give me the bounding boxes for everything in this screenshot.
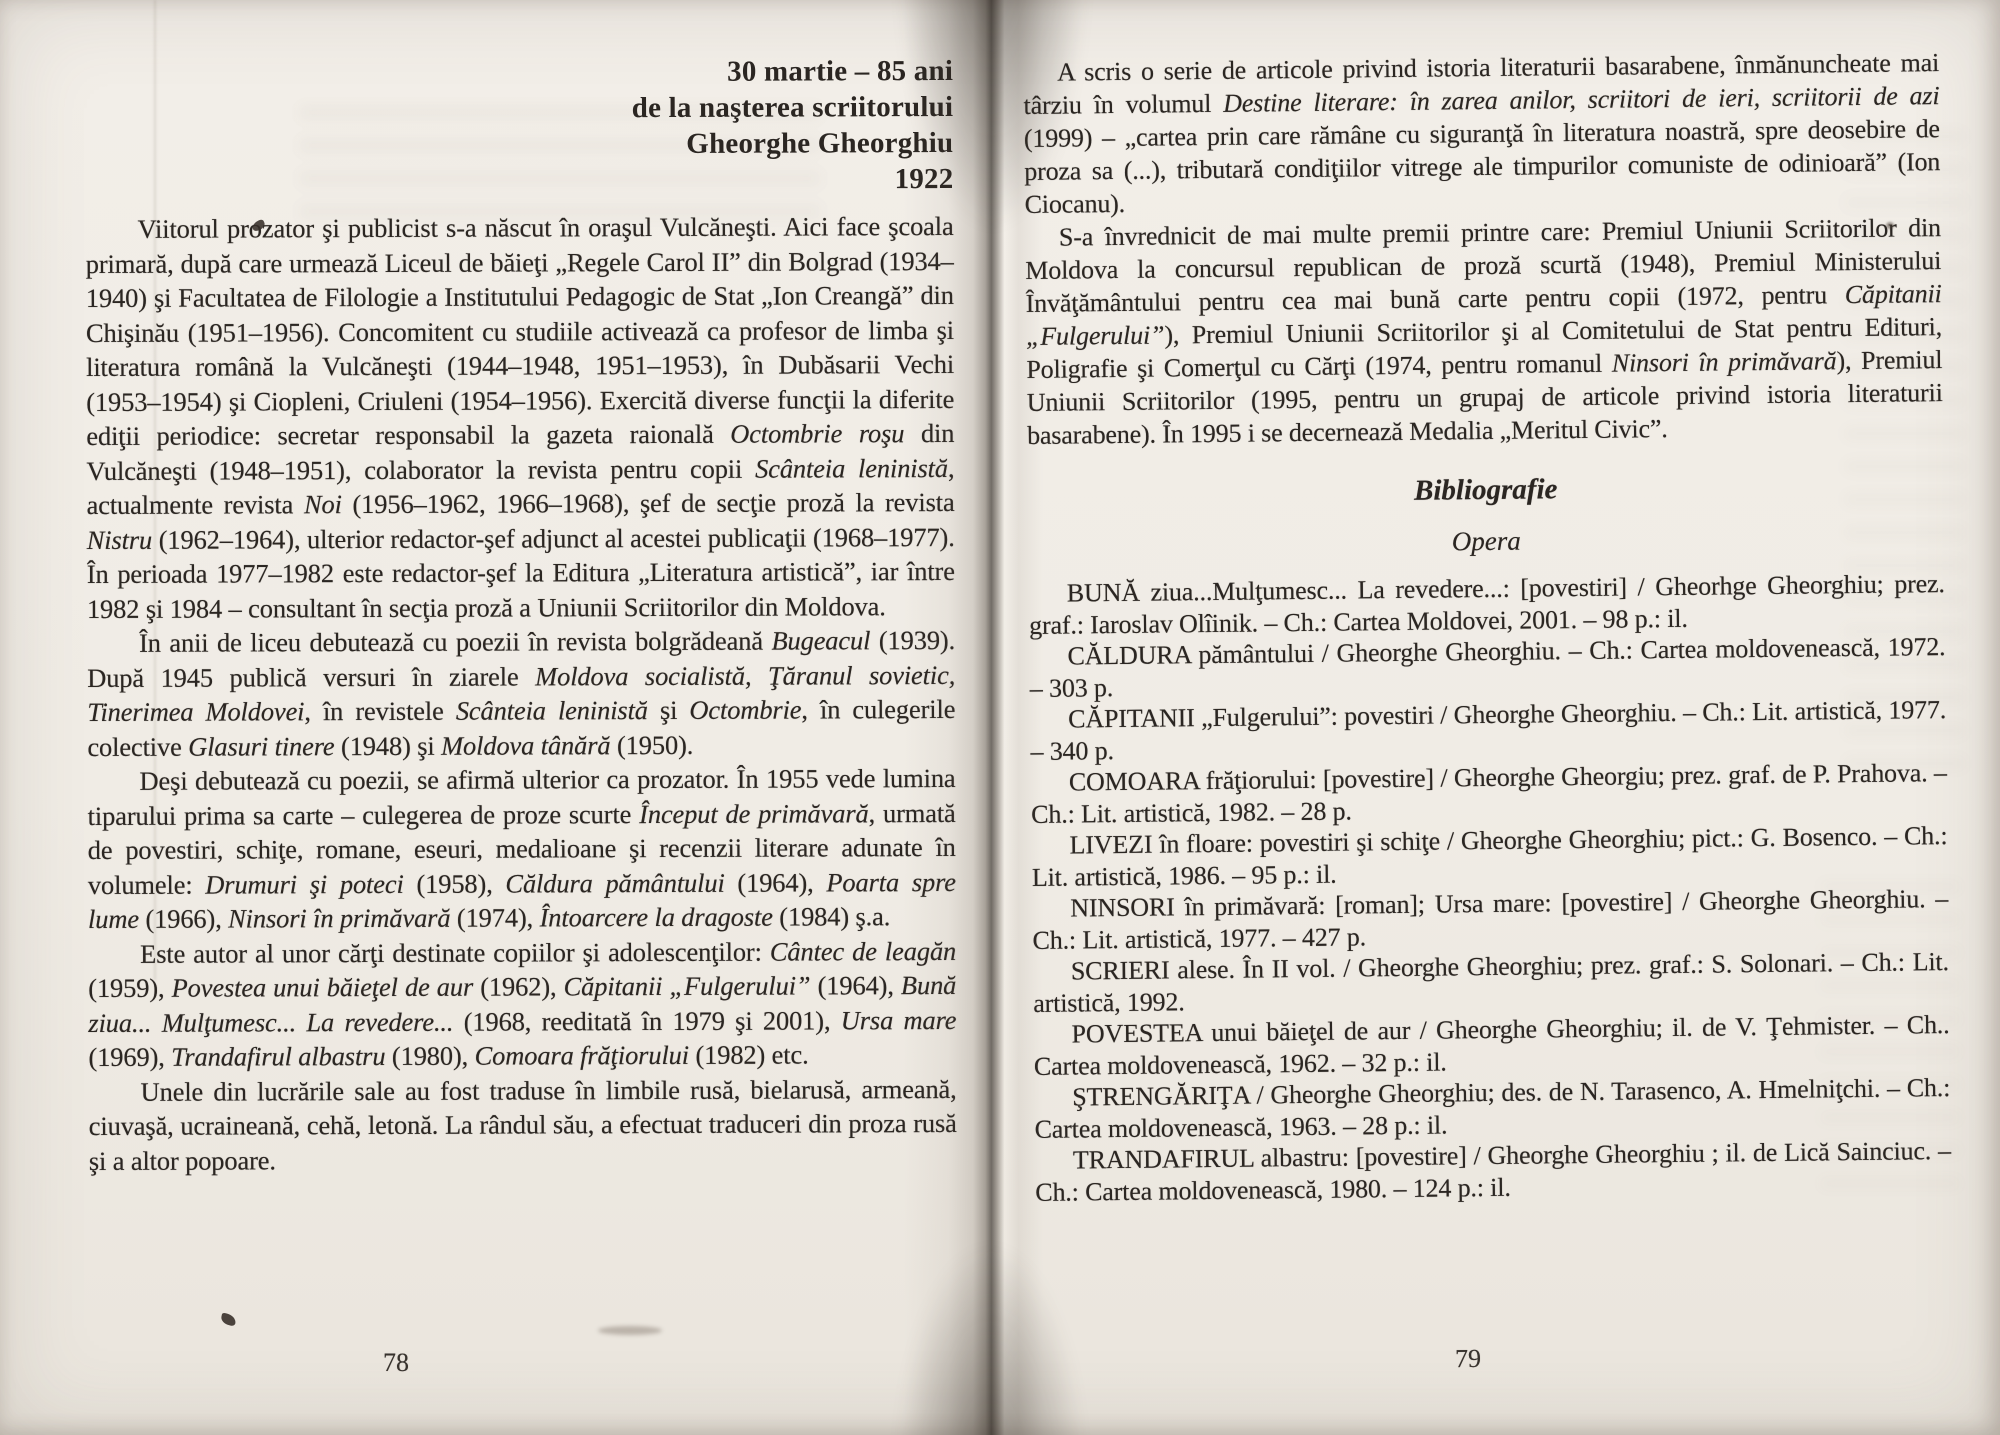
article-body-right: A scris o serie de articole privind isto… (1023, 46, 1943, 452)
text-run: , în revistele (304, 696, 456, 727)
paragraph: Este autor al unor cărţi destinate copii… (88, 933, 956, 1074)
text-run: (1956–1962, 1966–1968), şef de secţie pr… (342, 487, 955, 519)
text-run: COMOARA frăţiorului: [povestire] / Gheor… (1031, 758, 1947, 828)
text-run: (1958), (404, 868, 506, 898)
italic-run: Cântec de leagăn (770, 935, 956, 966)
bibliography-entry: CĂPITANII „Fulgerului”: povestiri / Gheo… (1030, 694, 1947, 767)
text-run: POVESTEA unui băieţel de aur / Gheorghe … (1034, 1010, 1950, 1080)
text-run: CĂLDURA pământului / Gheorghe Gheorghiu.… (1030, 632, 1946, 702)
text-run: (1984) ş.a. (773, 901, 891, 931)
italic-run: Noi (304, 489, 342, 519)
italic-run: Ursa mare (841, 1004, 957, 1034)
paragraph: Deşi debutează cu poezii, se afirmă ulte… (87, 761, 956, 937)
italic-run: Întoarcere la dragoste (540, 902, 773, 933)
bibliography-entry: SCRIERI alese. În II vol. / Gheorghe Ghe… (1033, 946, 1950, 1019)
paragraph: În anii de liceu debutează cu poezii în … (87, 623, 955, 764)
italic-run: Ninsori în primăvară (1612, 346, 1837, 377)
text-run: (1964), (810, 970, 901, 1000)
italic-run: Moldova tânără (441, 730, 611, 761)
text-run: (1968, reeditată în 1979 şi 2001), (453, 1005, 840, 1036)
bibliography-entry: COMOARA frăţiorului: [povestire] / Gheor… (1031, 757, 1948, 830)
italic-run: Povestea unui băieţel de aur (172, 972, 474, 1003)
text-run: Viitorul prozator şi publicist s-a născu… (86, 211, 955, 451)
text-run: SCRIERI alese. În II vol. / Gheorghe Ghe… (1033, 947, 1949, 1017)
page-number-right: 79 (1455, 1344, 1481, 1374)
paragraph: Unele din lucrările sale au fost traduse… (89, 1071, 957, 1178)
article-heading: 30 martie – 85 ani de la naşterea scriit… (85, 53, 953, 200)
italic-run: Drumuri şi poteci (205, 868, 404, 899)
text-run: (1980), (385, 1041, 474, 1071)
text-run: (1959), (88, 973, 171, 1003)
italic-run: Nistru (87, 524, 152, 554)
italic-run: Destine literare: în zarea anilor, scrii… (1223, 81, 1940, 118)
text-run: Unele din lucrările sale au fost traduse… (89, 1073, 957, 1175)
text-run: Este autor al unor cărţi destinate copii… (140, 936, 770, 968)
text-run: S-a învrednicit de mai multe premii prin… (1025, 213, 1941, 318)
italic-run: Trandafirul albastru (171, 1041, 385, 1072)
text-run: (1974), (450, 902, 539, 932)
heading-line: 30 martie – 85 ani (85, 53, 953, 92)
heading-line: 1922 (85, 161, 953, 200)
text-run: (1999) – „cartea prin care rămâne cu sig… (1024, 114, 1941, 219)
italic-run: Glasuri tinere (188, 731, 334, 762)
text-run: CĂPITANII „Fulgerului”: povestiri / Gheo… (1030, 695, 1946, 765)
text-run: (1964), (725, 867, 827, 897)
text-run: (1966), (139, 904, 228, 934)
page-number-left: 78 (383, 1348, 409, 1378)
paragraph: A scris o serie de articole privind isto… (1023, 46, 1941, 221)
italic-run: Început de primăvară (639, 798, 869, 829)
paper-speck (220, 1313, 237, 1327)
text-run: ŞTRENGĂRIŢA / Gheorghe Gheorghiu; des. d… (1034, 1073, 1950, 1143)
page-right: A scris o serie de articole privind isto… (1023, 46, 1951, 1208)
bibliography-entry: LIVEZI în floare: povestiri şi schiţe / … (1031, 820, 1948, 893)
bibliography-title: Bibliografie (1028, 468, 1944, 512)
text-run: LIVEZI în floare: povestiri şi schiţe / … (1032, 821, 1948, 891)
text-run: În anii de liceu debutează cu poezii în … (139, 626, 771, 658)
text-run: (1982) etc. (689, 1039, 809, 1069)
bibliography-entry: ŞTRENGĂRIŢA / Gheorghe Gheorghiu; des. d… (1034, 1072, 1951, 1145)
bibliography-entry: POVESTEA unui băieţel de aur / Gheorghe … (1033, 1009, 1950, 1082)
bibliography-entry: CĂLDURA pământului / Gheorghe Gheorghiu.… (1029, 631, 1946, 704)
text-run: (1962), (473, 971, 564, 1001)
text-run: NINSORI în primăvară: [roman]; Ursa mare… (1032, 884, 1948, 954)
article-body-left: Viitorul prozator şi publicist s-a născu… (86, 209, 957, 1178)
italic-run: Octombrie roşu (730, 418, 904, 449)
bibliography-entry: BUNĂ ziua...Mulţumesc... La revedere...:… (1029, 568, 1946, 641)
text-run: (1969), (88, 1042, 171, 1072)
heading-line: Gheorghe Gheorghiu (85, 125, 953, 164)
bibliography-subtitle: Opera (1028, 520, 1944, 562)
italic-run: Octombrie (689, 695, 801, 725)
bibliography-list: BUNĂ ziua...Mulţumesc... La revedere...:… (1029, 568, 1952, 1208)
italic-run: Ninsori în primăvară (228, 903, 450, 934)
italic-run: Bugeacul (771, 625, 870, 655)
paragraph: Viitorul prozator şi publicist s-a născu… (86, 209, 955, 626)
text-run: (1950). (610, 729, 693, 759)
italic-run: Căpitanii „Fulgerului” (564, 970, 811, 1001)
text-run: şi (648, 695, 690, 725)
bibliography-entry: TRANDAFIRUL albastru: [povestire] / Gheo… (1035, 1135, 1952, 1208)
text-run: BUNĂ ziua...Mulţumesc... La revedere...:… (1029, 569, 1945, 639)
text-run: (1948) şi (334, 730, 441, 760)
page-left: 30 martie – 85 ani de la naşterea scriit… (85, 53, 957, 1178)
italic-run: Căldura pământului (505, 867, 724, 898)
heading-line: de la naşterea scriitorului (85, 89, 953, 128)
text-run: TRANDAFIRUL albastru: [povestire] / Gheo… (1035, 1136, 1951, 1206)
italic-run: Comoara frăţiorului (475, 1040, 689, 1071)
italic-run: Scânteia leninistă (755, 452, 948, 483)
paragraph: S-a învrednicit de mai multe premii prin… (1025, 211, 1943, 452)
book-spread: 30 martie – 85 ani de la naşterea scriit… (0, 0, 2000, 1435)
bibliography-entry: NINSORI în primăvară: [roman]; Ursa mare… (1032, 883, 1949, 956)
text-run: (1962–1964), ulterior redactor-şef adjun… (87, 521, 955, 623)
paper-speck (598, 1326, 662, 1335)
italic-run: Scânteia leninistă (456, 695, 648, 726)
